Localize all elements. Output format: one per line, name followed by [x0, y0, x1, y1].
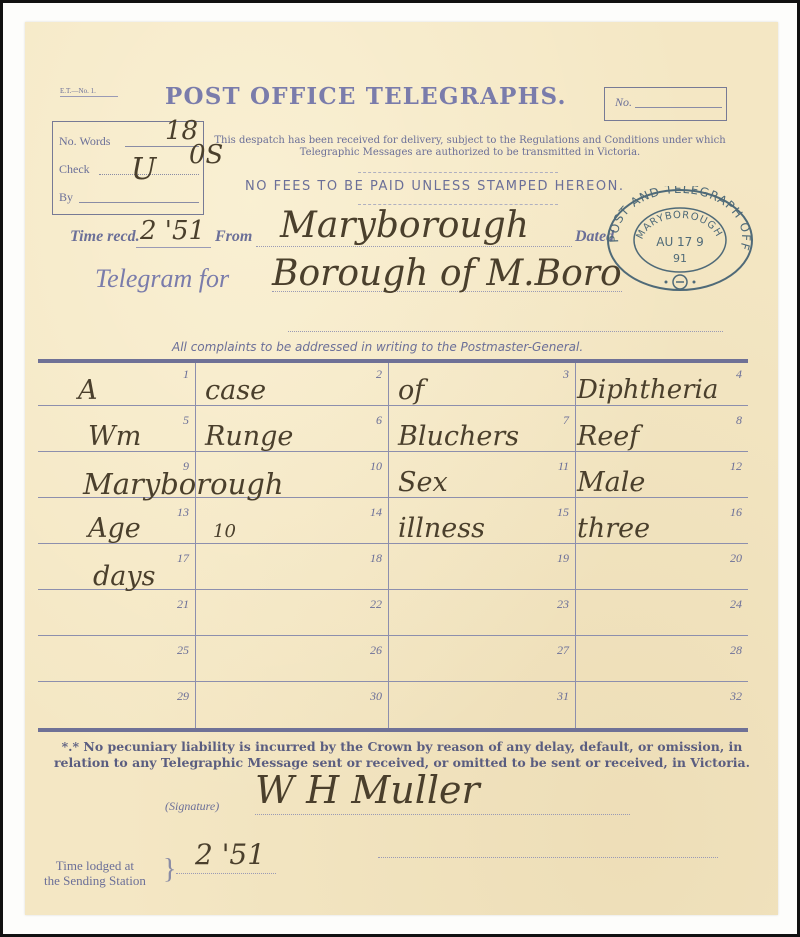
grid-cell: 2case: [195, 363, 388, 409]
svg-text:91: 91: [673, 252, 687, 265]
grid-cell: 32: [575, 685, 748, 731]
cell-number: 15: [557, 505, 569, 520]
complaints-notice: All complaints to be addressed in writin…: [172, 340, 583, 354]
telegram-number-line: [635, 107, 722, 108]
message-grid: 1A 2case 3of 4Diphtheria 5Wm 6Runge 7Blu…: [38, 359, 748, 732]
cell-number: 22: [370, 597, 382, 612]
cell-number: 27: [557, 643, 569, 658]
signature-value: W H Muller: [255, 768, 480, 812]
cell-number: 10: [370, 459, 382, 474]
cell-word: Reef: [577, 421, 639, 452]
cell-number: 3: [563, 367, 569, 382]
grid-cell: 12Male: [575, 455, 748, 501]
cell-word: three: [577, 513, 650, 544]
cell-word: Male: [577, 467, 645, 498]
time-lodged-label-line2: the Sending Station: [44, 873, 146, 888]
grid-cell: 24: [575, 593, 748, 639]
from-label: From: [215, 228, 252, 246]
cell-word: Runge: [205, 421, 293, 452]
svg-text:AU 17 9: AU 17 9: [656, 235, 704, 249]
signature-label: (Signature): [165, 799, 219, 814]
telegram-for-label: Telegram for: [95, 264, 229, 294]
grid-cell: 31: [388, 685, 575, 731]
check-label: Check: [59, 162, 90, 176]
cell-word: illness: [398, 513, 485, 544]
cell-number: 13: [177, 505, 189, 520]
cell-number: 14: [370, 505, 382, 520]
grid-cell: 17days: [38, 547, 195, 593]
grid-cell: 4Diphtheria: [575, 363, 748, 409]
time-lodged-label: Time lodged at the Sending Station: [44, 858, 146, 888]
form-title: POST OFFICE TELEGRAPHS.: [165, 83, 567, 110]
asterism-icon: *.*: [62, 739, 79, 754]
cell-word: days: [93, 561, 156, 592]
telegram-form: E.T.—No. 1. POST OFFICE TELEGRAPHS. No. …: [25, 22, 778, 915]
form-code: E.T.—No. 1.: [60, 87, 118, 97]
grid-cell: 10: [195, 455, 388, 501]
cell-number: 17: [177, 551, 189, 566]
cell-number: 18: [370, 551, 382, 566]
brace-icon: }: [163, 856, 176, 884]
grid-cell: 19: [388, 547, 575, 593]
divider: [358, 172, 558, 173]
time-received-label: Time recd.: [70, 228, 140, 246]
cell-number: 28: [730, 643, 742, 658]
cell-word: Age: [88, 513, 141, 544]
grid-cell: 13Age: [38, 501, 195, 547]
by-line: [79, 202, 199, 203]
cell-number: 11: [558, 459, 569, 474]
cell-number: 8: [736, 413, 742, 428]
cell-number: 20: [730, 551, 742, 566]
word-count-box: No. Words Check By 18 U 0S: [52, 121, 204, 215]
cell-number: 4: [736, 367, 742, 382]
time-received-line: [136, 247, 211, 248]
cell-word: A: [78, 375, 98, 406]
cell-word: Bluchers: [398, 421, 519, 452]
address-line-2: [288, 331, 723, 332]
cell-number: 26: [370, 643, 382, 658]
grid-cell: 23: [388, 593, 575, 639]
telegram-number-box: No.: [604, 87, 727, 121]
no-fees-notice: NO FEES TO BE PAID UNLESS STAMPED HEREON…: [245, 179, 624, 194]
grid-cell: 16three: [575, 501, 748, 547]
by-row: By: [59, 190, 199, 205]
grid-cell: 21: [38, 593, 195, 639]
grid-cell: 15illness: [388, 501, 575, 547]
time-received-value: 2 '51: [140, 216, 205, 246]
cell-number: 6: [376, 413, 382, 428]
check-row: Check: [59, 162, 199, 177]
grid-cell: 28: [575, 639, 748, 685]
cell-number: 12: [730, 459, 742, 474]
grid-cell: 27: [388, 639, 575, 685]
signature-line: [255, 814, 630, 815]
regulations-notice: This despatch has been received for deli…: [205, 135, 735, 159]
grid-cell: 9Maryborough: [38, 455, 195, 501]
words-line: [125, 146, 199, 147]
time-lodged-value: 2 '51: [195, 838, 265, 871]
from-line: [256, 246, 572, 247]
cell-number: 29: [177, 689, 189, 704]
grid-cell: 20: [575, 547, 748, 593]
words-label: No. Words: [59, 134, 110, 148]
grid-cell: 3of: [388, 363, 575, 409]
signature-line-2: [378, 857, 718, 858]
liability-notice-block: *.* No pecuniary liability is incurred b…: [52, 739, 752, 771]
postmark-icon: POST AND TELEGRAPH OFFICE MARYBOROUGH AU…: [604, 186, 756, 294]
grid-cell: 7Bluchers: [388, 409, 575, 455]
postmark-stamp: POST AND TELEGRAPH OFFICE MARYBOROUGH AU…: [604, 186, 756, 294]
cell-number: 2: [376, 367, 382, 382]
cell-number: 19: [557, 551, 569, 566]
grid-cell: 1410: [195, 501, 388, 547]
grid-cell: 5Wm: [38, 409, 195, 455]
check-value: U: [131, 152, 156, 187]
by-label: By: [59, 190, 73, 204]
cell-word: of: [398, 375, 424, 406]
cell-number: 24: [730, 597, 742, 612]
from-value: Maryborough: [280, 205, 529, 246]
cell-number: 31: [557, 689, 569, 704]
time-lodged-label-line1: Time lodged at: [44, 858, 146, 873]
cell-number: 7: [563, 413, 569, 428]
cell-word: Sex: [398, 467, 448, 498]
time-lodged-line: [176, 873, 276, 874]
grid-cell: 18: [195, 547, 388, 593]
grid-cell: 6Runge: [195, 409, 388, 455]
cell-number: 1: [183, 367, 189, 382]
cell-word: Diphtheria: [577, 375, 718, 405]
grid-cell: 29: [38, 685, 195, 731]
grid-cell: 11Sex: [388, 455, 575, 501]
cell-number: 25: [177, 643, 189, 658]
telegram-for-value: Borough of M.Boro: [272, 253, 622, 294]
cell-number: 5: [183, 413, 189, 428]
cell-number: 21: [177, 597, 189, 612]
cell-number: 16: [730, 505, 742, 520]
cell-number: 23: [557, 597, 569, 612]
grid-cell: 1A: [38, 363, 195, 409]
grid-cell: 30: [195, 685, 388, 731]
cell-number: 32: [730, 689, 742, 704]
grid-cell: 25: [38, 639, 195, 685]
grid-cell: 8Reef: [575, 409, 748, 455]
liability-notice: No pecuniary liability is incurred by th…: [54, 739, 750, 770]
cell-word: case: [205, 375, 266, 406]
grid-cell: 22: [195, 593, 388, 639]
cell-word: Wm: [88, 421, 141, 452]
cell-word: 10: [213, 521, 236, 542]
cell-number: 30: [370, 689, 382, 704]
telegram-number-label: No.: [615, 95, 632, 110]
grid-cell: 26: [195, 639, 388, 685]
